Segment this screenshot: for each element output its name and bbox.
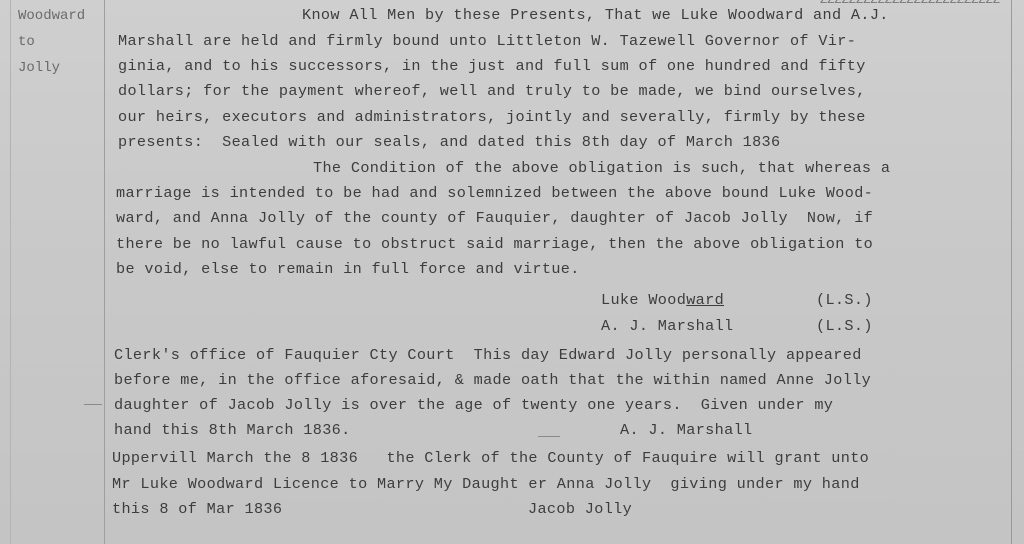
affidavit-line: daughter of Jacob Jolly is over the age … [114, 396, 833, 414]
condition-line: marriage is intended to be had and solem… [116, 184, 873, 202]
signature-name-underlined: ward [686, 291, 724, 309]
seal-mark: (L.S.) [816, 317, 873, 335]
bond-line: presents: Sealed with our seals, and dat… [118, 133, 780, 151]
margin-index-note: Woodward to Jolly [18, 3, 85, 81]
margin-note-line: to [18, 29, 85, 55]
condition-line: there be no lawful cause to obstruct sai… [116, 235, 873, 253]
condition-line: be void, else to remain in full force an… [116, 260, 580, 278]
affidavit-line: before me, in the office aforesaid, & ma… [114, 371, 871, 389]
margin-tick [84, 404, 102, 405]
top-edge-typed-strip: ZZZZZZZZZZZZZZZZZZZZZZZZZ [820, 0, 1020, 5]
signature-name: A. J. Marshall [601, 317, 734, 335]
affidavit-line: hand this 8th March 1836. [114, 421, 351, 439]
bond-line: Know All Men by these Presents, That we … [302, 6, 889, 24]
right-margin-rule [1011, 0, 1012, 544]
condition-line: The Condition of the above obligation is… [313, 159, 890, 177]
stray-mark [538, 436, 560, 437]
consent-line: this 8 of Mar 1836 [112, 500, 282, 518]
bond-line: our heirs, executors and administrators,… [118, 108, 866, 126]
margin-rule [104, 0, 105, 544]
signature-aj-marshall: A. J. Marshall [601, 317, 734, 335]
consent-signature: Jacob Jolly [528, 500, 632, 518]
affidavit-line: Clerk's office of Fauquier Cty Court Thi… [114, 346, 862, 364]
signature-luke-woodward: Luke Woodward [601, 291, 724, 309]
document-page: ZZZZZZZZZZZZZZZZZZZZZZZZZ Woodward to Jo… [0, 0, 1024, 544]
affidavit-signature: A. J. Marshall [620, 421, 753, 439]
bond-line: ginia, and to his successors, in the jus… [118, 57, 866, 75]
bond-line: dollars; for the payment whereof, well a… [118, 82, 866, 100]
margin-note-line: Woodward [18, 3, 85, 29]
margin-note-line: Jolly [18, 55, 85, 81]
condition-line: ward, and Anna Jolly of the county of Fa… [116, 209, 873, 227]
margin-rule-outer [10, 0, 11, 544]
consent-line: Uppervill March the 8 1836 the Clerk of … [112, 449, 869, 467]
consent-line: Mr Luke Woodward Licence to Marry My Dau… [112, 475, 860, 493]
seal-mark: (L.S.) [816, 291, 873, 309]
bond-line: Marshall are held and firmly bound unto … [118, 32, 856, 50]
signature-name: Luke Wood [601, 291, 686, 309]
